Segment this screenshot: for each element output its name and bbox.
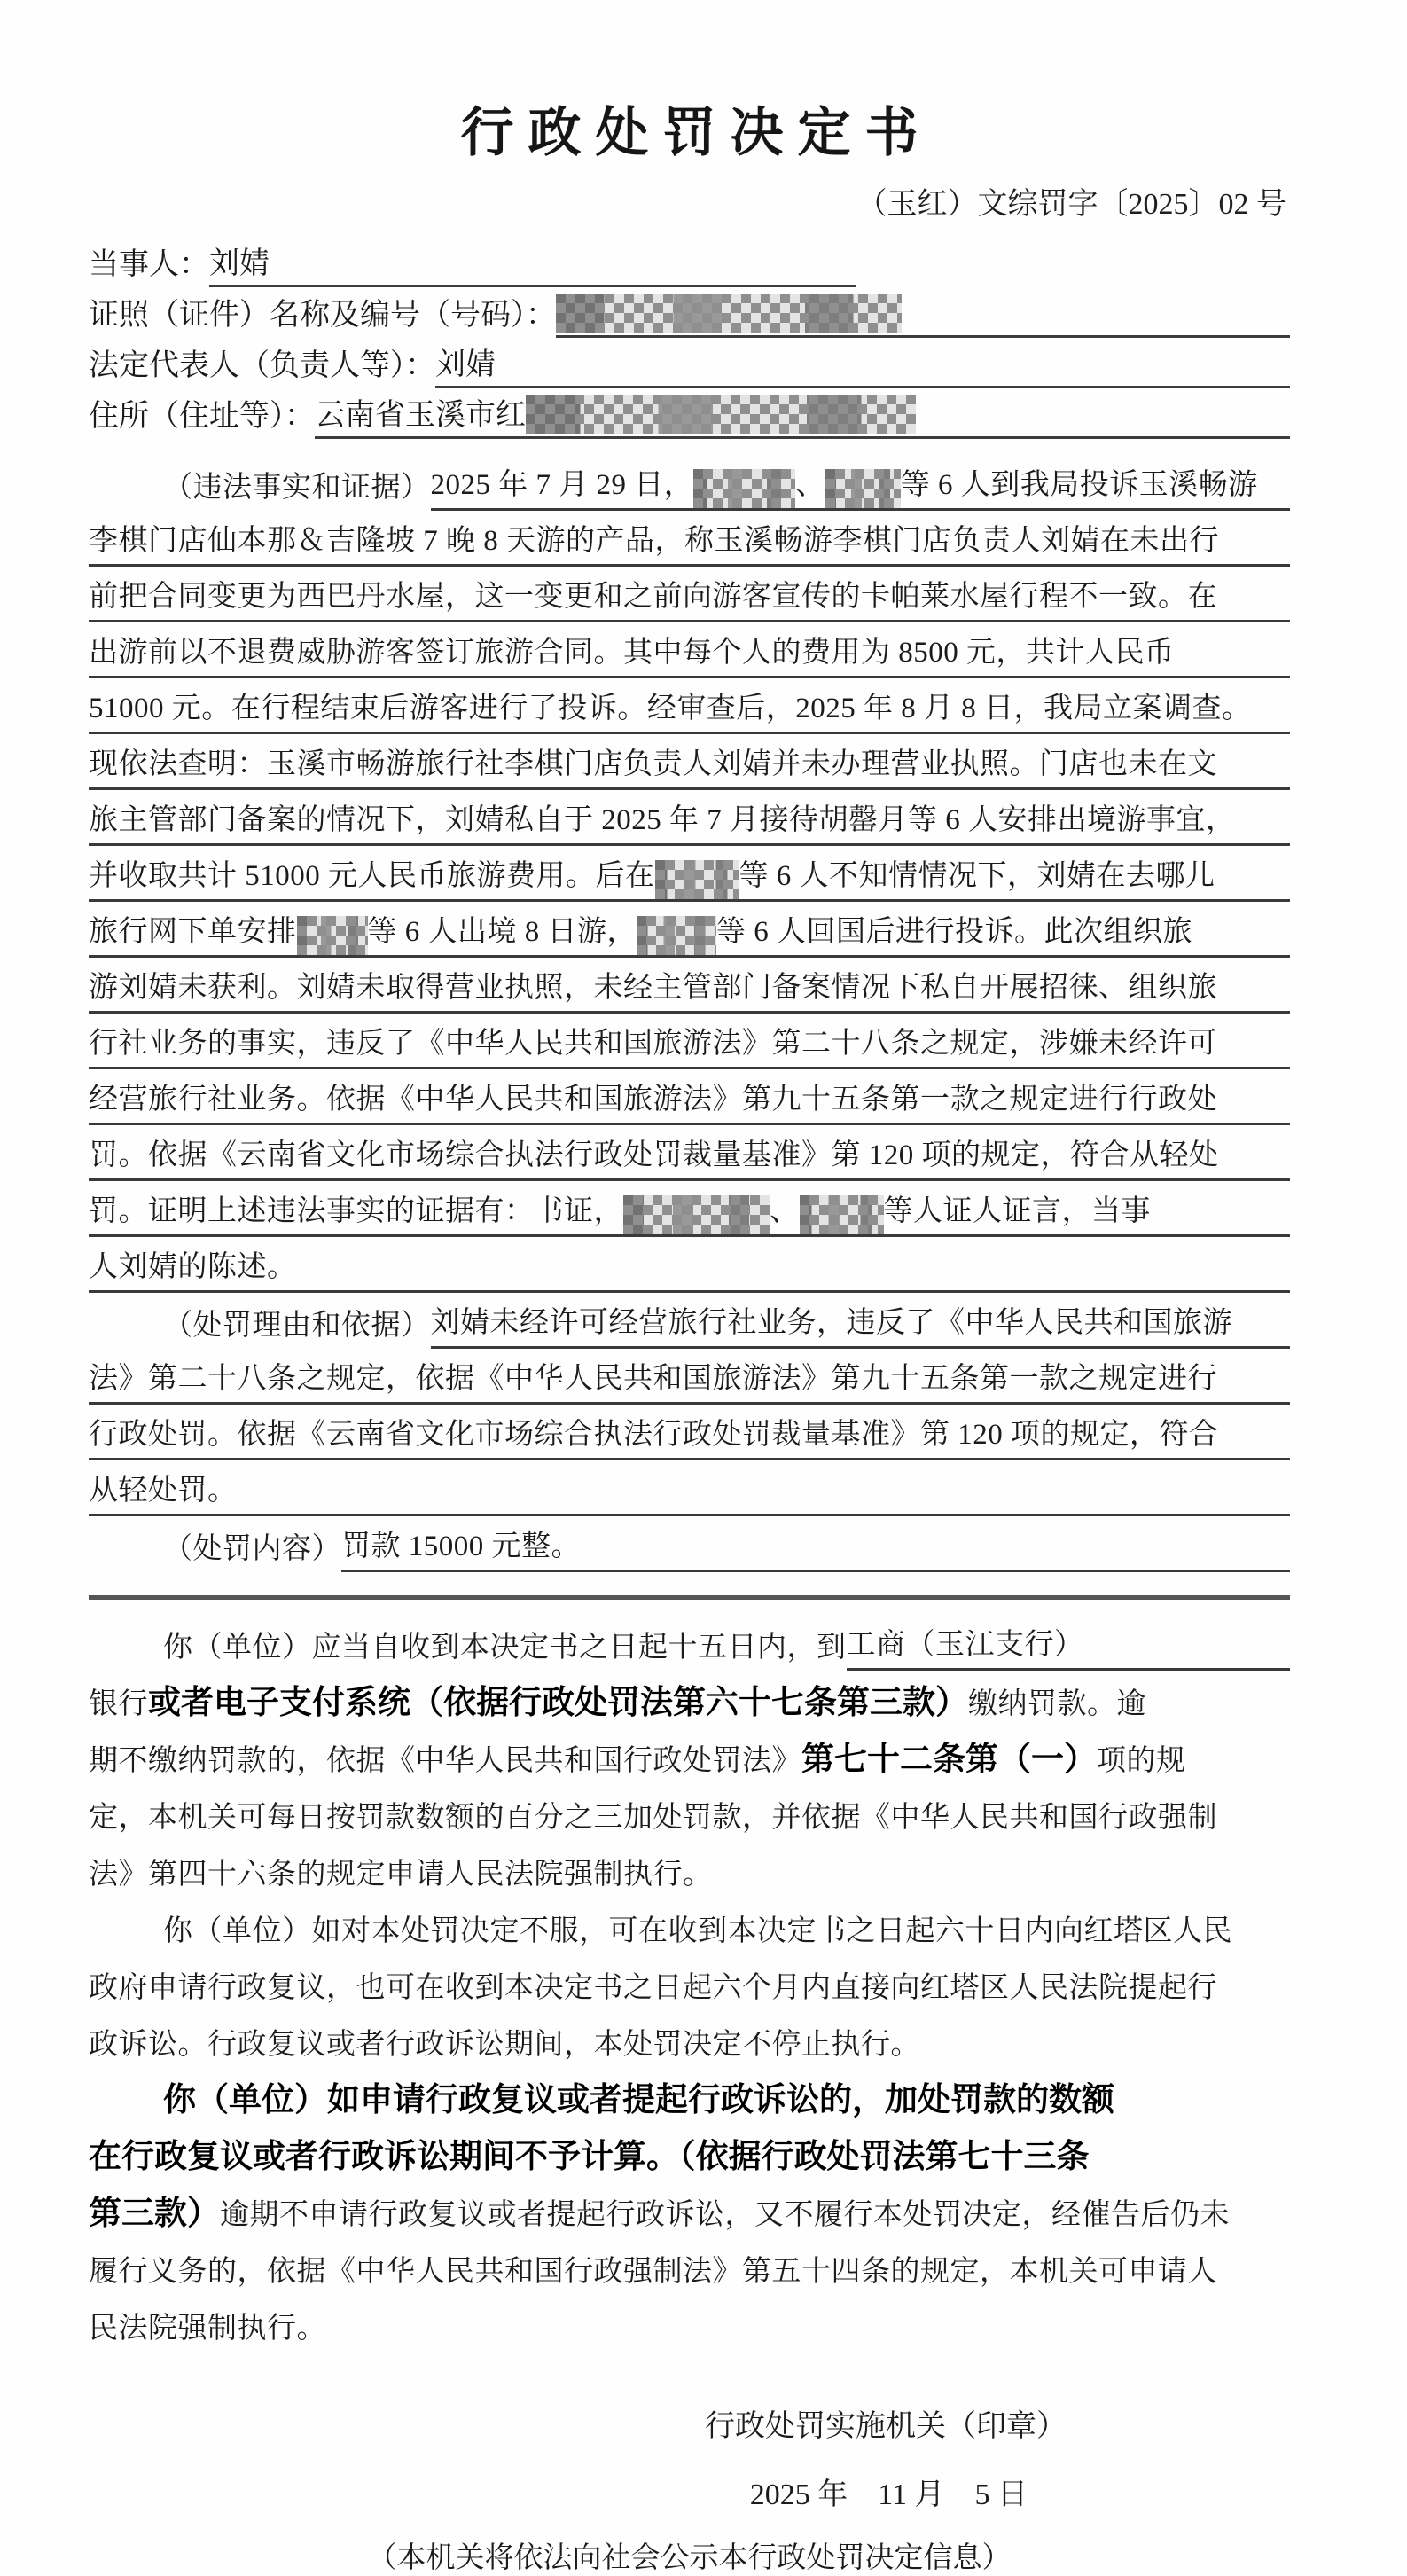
text-line: 旅行网下单安排等 6 人出境 8 日游，等 6 人回国后进行投诉。此次组织旅	[89, 902, 1290, 958]
text-segment: 银行	[89, 1690, 148, 1727]
text-line: 罚。依据《云南省文化市场综合执法行政处罚裁量基准》第 120 项的规定，符合从轻…	[89, 1125, 1290, 1181]
underline-fill	[1084, 1614, 1291, 1671]
text-segment: 罚。证明上述违法事实的证据有：书证，	[89, 1197, 623, 1237]
underline-fill	[1215, 846, 1291, 902]
field-label: 住所（住址等）：	[89, 391, 315, 439]
document-content: 行政处罚决定书 （玉红）文综罚字〔2025〕02 号 当事人：刘婧证照（证件）名…	[0, 90, 1407, 2576]
text-line: 法》第四十六条的规定申请人民法院强制执行。	[89, 1841, 1290, 1898]
field-label: 当事人：	[89, 239, 209, 287]
text-segment: 定，本机关可每日按罚款数额的百分之三加处罚款，并依据《中华人民共和国行政强制	[89, 1804, 1217, 1841]
text-segment: 等 6 人回国后进行投诉。此次组织旅	[716, 918, 1192, 958]
text-segment: 项的规	[1097, 1747, 1186, 1784]
underline-fill	[1217, 567, 1290, 622]
text-segment: 你（单位）应当自收到本决定书之日起十五日内，到	[163, 1633, 847, 1671]
text-line: 旅主管部门备案的情况下，刘婧私自于 2025 年 7 月接待胡罄月等 6 人安排…	[89, 790, 1290, 846]
issuing-authority-line: 行政处罚实施机关（印章）	[89, 2401, 1290, 2445]
form-field-row: 住所（住址等）：云南省玉溪市红	[89, 388, 1290, 439]
indent-spacer	[89, 1898, 163, 1954]
text-segment: （处罚内容）	[163, 1535, 341, 1572]
text-line: 现依法查明：玉溪市畅游旅行社李棋门店负责人刘婧并未办理营业执照。门店也未在文	[89, 734, 1290, 790]
text-line: 你（单位）如申请行政复议或者提起行政诉讼的，加处罚款的数额	[89, 2068, 1290, 2125]
text-segment: 法》第四十六条的规定申请人民法院强制执行。	[89, 1860, 713, 1898]
text-segment: 法》第二十八条之规定，依据《中华人民共和国旅游法》第九十五条第一款之规定进行	[89, 1365, 1217, 1405]
section-divider	[89, 1595, 1290, 1600]
underline-fill	[1258, 455, 1290, 511]
text-line: 51000 元。在行程结束后游客进行了投诉。经审查后，2025 年 8 月 8 …	[89, 678, 1290, 734]
text-segment: 旅主管部门备案的情况下，刘婧私自于 2025 年 7 月接待胡罄月等 6 人安排…	[89, 806, 1236, 846]
text-segment: 现依法查明：玉溪市畅游旅行社李棋门店负责人刘婧并未办理营业执照。门店也未在文	[89, 750, 1217, 790]
text-line: 罚。证明上述违法事实的证据有：书证，、等人证人证言，当事	[89, 1181, 1290, 1237]
redaction-block	[526, 395, 916, 434]
text-line: （处罚内容）罚款 15000 元整。	[89, 1516, 1290, 1572]
document-title: 行政处罚决定书	[89, 90, 1290, 167]
form-field-row: 当事人：刘婧	[89, 237, 1290, 287]
text-line: 你（单位）如对本处罚决定不服，可在收到本决定书之日起六十日内向红塔区人民	[89, 1898, 1290, 1954]
text-line: 行社业务的事实，违反了《中华人民共和国旅游法》第二十八条之规定，涉嫌未经许可	[89, 1014, 1290, 1069]
party-info-fields: 当事人：刘婧证照（证件）名称及编号（号码）：法定代表人（负责人等）：刘婧住所（住…	[89, 237, 1290, 439]
underline-fill	[1217, 1014, 1290, 1069]
text-line: 并收取共计 51000 元人民币旅游费用。后在等 6 人不知情情况下，刘婧在去哪…	[89, 846, 1290, 902]
public-disclosure-note: （本机关将依法向社会公示本行政处罚决定信息）	[89, 2534, 1290, 2576]
text-segment: 你（单位）如对本处罚决定不服，可在收到本决定书之日起六十日内向红塔区人民	[163, 1917, 1232, 1954]
text-segment: 罚。依据《云南省文化市场综合执法行政处罚裁量基准》第 120 项的规定，符合从轻…	[89, 1141, 1219, 1181]
field-value: 刘婧	[435, 340, 496, 383]
underline-fill	[1236, 790, 1291, 846]
bold-text-segment: 在行政复议或者行政诉讼期间不予计算。（依据行政处罚法第七十三条	[89, 2141, 1090, 2181]
text-line: 人刘婧的陈述。	[89, 1237, 1290, 1293]
text-segment: （处罚理由和依据）	[163, 1311, 431, 1349]
redaction-block	[556, 294, 902, 333]
text-segment: 等 6 人出境 8 日游，	[368, 918, 637, 958]
text-segment: 缴纳罚款。逾	[968, 1690, 1146, 1727]
underline-fill	[1232, 1293, 1290, 1349]
text-line: 履行义务的，依据《中华人民共和国行政强制法》第五十四条的规定，本机关可申请人	[89, 2238, 1290, 2295]
text-line: 你（单位）应当自收到本决定书之日起十五日内，到工商（玉江支行）	[89, 1614, 1290, 1671]
text-segment: （违法事实和证据）	[163, 474, 431, 511]
underline-fill	[1175, 622, 1291, 678]
indent-spacer	[89, 1293, 163, 1349]
text-line: 出游前以不退费威胁游客签订旅游合同。其中每个人的费用为 8500 元，共计人民币	[89, 622, 1290, 678]
field-label: 证照（证件）名称及编号（号码）：	[89, 290, 556, 338]
text-segment: 经营旅行社业务。依据《中华人民共和国旅游法》第九十五条第一款之规定进行行政处	[89, 1085, 1217, 1125]
penalty-decision-document: 行政处罚决定书 （玉红）文综罚字〔2025〕02 号 当事人：刘婧证照（证件）名…	[0, 0, 1407, 2576]
text-segment: 、	[795, 471, 825, 511]
underline-fill	[1252, 678, 1291, 734]
indent-spacer	[89, 2068, 163, 2125]
text-segment: 刘婧未经许可经营旅行社业务，违反了《中华人民共和国旅游	[431, 1309, 1233, 1349]
redaction-block	[800, 1195, 884, 1237]
field-underline: 云南省玉溪市红	[315, 390, 1290, 439]
field-label: 法定代表人（负责人等）：	[89, 341, 435, 388]
field-underline: 刘婧	[435, 340, 1290, 388]
field-value: 云南省玉溪市红	[315, 390, 526, 434]
text-segment: 罚款 15000 元整。	[341, 1532, 581, 1572]
redaction-block	[693, 469, 795, 511]
text-segment: 出游前以不退费威胁游客签订旅游合同。其中每个人的费用为 8500 元，共计人民币	[89, 638, 1175, 678]
text-segment: 政诉讼。行政复议或者行政诉讼期间，本处罚决定不停止执行。	[89, 2031, 920, 2068]
redaction-block	[655, 860, 739, 902]
text-line: （处罚理由和依据）刘婧未经许可经营旅行社业务，违反了《中华人民共和国旅游	[89, 1293, 1290, 1349]
text-segment: 等人证人证言，当事	[884, 1197, 1152, 1237]
field-underline	[556, 294, 1290, 338]
underline-fill	[1151, 1181, 1290, 1237]
text-segment: 2025 年 7 月 29 日，	[431, 471, 694, 511]
facts-and-penalty-section: （违法事实和证据）2025 年 7 月 29 日，、等 6 人到我局投诉玉溪畅游…	[89, 455, 1290, 1572]
text-line: 银行或者电子支付系统（依据行政处罚法第六十七条第三款）缴纳罚款。逾	[89, 1671, 1290, 1727]
text-segment: 从轻处罚。	[89, 1476, 238, 1516]
text-line: 在行政复议或者行政诉讼期间不予计算。（依据行政处罚法第七十三条	[89, 2125, 1290, 2181]
text-line: 期不缴纳罚款的，依据《中华人民共和国行政处罚法》第七十二条第（一）项的规	[89, 1727, 1290, 1784]
redaction-block	[297, 916, 368, 958]
text-segment: 李棋门店仙本那＆吉隆坡 7 晚 8 天游的产品，称玉溪畅游李棋门店负责人刘婧在未…	[89, 527, 1219, 567]
underline-fill	[1219, 1405, 1291, 1460]
indent-spacer	[89, 455, 163, 511]
text-line: 前把合同变更为西巴丹水屋，这一变更和之前向游客宣传的卡帕莱水屋行程不一致。在	[89, 567, 1290, 622]
payment-and-rights-section: 你（单位）应当自收到本决定书之日起十五日内，到工商（玉江支行）银行或者电子支付系…	[89, 1614, 1290, 2352]
text-segment: 等 6 人到我局投诉玉溪畅游	[901, 471, 1258, 511]
underline-fill	[1217, 958, 1290, 1014]
form-field-row: 证照（证件）名称及编号（号码）：	[89, 287, 1290, 338]
redaction-block	[623, 1195, 770, 1237]
document-number: （玉红）文综罚字〔2025〕02 号	[89, 179, 1290, 223]
field-underline: 刘婧	[209, 239, 856, 287]
text-segment: 等 6 人不知情情况下，刘婧在去哪儿	[739, 862, 1215, 902]
underline-fill	[297, 1237, 1291, 1293]
underline-fill	[1219, 1125, 1291, 1181]
text-line: 经营旅行社业务。依据《中华人民共和国旅游法》第九十五条第一款之规定进行行政处	[89, 1069, 1290, 1125]
underline-fill	[1192, 902, 1290, 958]
underline-fill	[1217, 734, 1290, 790]
decision-date: 2025 年 11 月 5 日	[89, 2470, 1290, 2513]
form-field-row: 法定代表人（负责人等）：刘婧	[89, 338, 1290, 388]
text-segment: 并收取共计 51000 元人民币旅游费用。后在	[89, 862, 655, 902]
text-line: 政府申请行政复议，也可在收到本决定书之日起六个月内直接向红塔区人民法院提起行	[89, 1954, 1290, 2011]
text-segment: 人刘婧的陈述。	[89, 1253, 297, 1293]
text-segment: 前把合同变更为西巴丹水屋，这一变更和之前向游客宣传的卡帕莱水屋行程不一致。在	[89, 583, 1217, 622]
text-line: 第三款）逾期不申请行政复议或者提起行政诉讼，又不履行本处罚决定，经催告后仍未	[89, 2181, 1290, 2238]
text-line: 游刘婧未获利。刘婧未取得营业执照，未经主管部门备案情况下私自开展招徕、组织旅	[89, 958, 1290, 1014]
underline-fill	[1219, 511, 1290, 567]
bold-text-segment: 第七十二条第（一）	[801, 1743, 1097, 1784]
text-segment: 期不缴纳罚款的，依据《中华人民共和国行政处罚法》	[89, 1747, 801, 1784]
redaction-block	[825, 469, 901, 511]
redaction-block	[637, 916, 716, 958]
text-segment: 行社业务的事实，违反了《中华人民共和国旅游法》第二十八条之规定，涉嫌未经许可	[89, 1030, 1217, 1069]
field-value: 刘婧	[209, 239, 270, 282]
bold-text-segment: 第三款）	[89, 2197, 220, 2238]
text-segment: 工商（玉江支行）	[847, 1631, 1084, 1671]
text-segment: 51000 元。在行程结束后游客进行了投诉。经审查后，2025 年 8 月 8 …	[89, 694, 1252, 734]
text-segment: 行政处罚。依据《云南省文化市场综合执法行政处罚裁量基准》第 120 项的规定，符…	[89, 1421, 1219, 1460]
text-line: 法》第二十八条之规定，依据《中华人民共和国旅游法》第九十五条第一款之规定进行	[89, 1349, 1290, 1405]
text-line: 行政处罚。依据《云南省文化市场综合执法行政处罚裁量基准》第 120 项的规定，符…	[89, 1405, 1290, 1460]
text-segment: 逾期不申请行政复议或者提起行政诉讼，又不履行本处罚决定，经催告后仍未	[220, 2201, 1230, 2238]
underline-fill	[1217, 1069, 1290, 1125]
text-line: 李棋门店仙本那＆吉隆坡 7 晚 8 天游的产品，称玉溪畅游李棋门店负责人刘婧在未…	[89, 511, 1290, 567]
bold-text-segment: 你（单位）如申请行政复议或者提起行政诉讼的，加处罚款的数额	[163, 2084, 1114, 2125]
text-segment: 、	[770, 1197, 800, 1237]
text-segment: 民法院强制执行。	[89, 2314, 326, 2352]
text-line: 民法院强制执行。	[89, 2295, 1290, 2352]
text-line: 定，本机关可每日按罚款数额的百分之三加处罚款，并依据《中华人民共和国行政强制	[89, 1784, 1290, 1841]
text-segment: 游刘婧未获利。刘婧未取得营业执照，未经主管部门备案情况下私自开展招徕、组织旅	[89, 974, 1217, 1014]
underline-fill	[1217, 1349, 1290, 1405]
underline-fill	[581, 1516, 1290, 1572]
text-line: 从轻处罚。	[89, 1460, 1290, 1516]
indent-spacer	[89, 1614, 163, 1671]
text-segment: 政府申请行政复议，也可在收到本决定书之日起六个月内直接向红塔区人民法院提起行	[89, 1974, 1217, 2011]
bold-text-segment: 或者电子支付系统（依据行政处罚法第六十七条第三款）	[148, 1687, 968, 1727]
underline-fill	[238, 1460, 1291, 1516]
text-line: 政诉讼。行政复议或者行政诉讼期间，本处罚决定不停止执行。	[89, 2011, 1290, 2068]
text-segment: 履行义务的，依据《中华人民共和国行政强制法》第五十四条的规定，本机关可申请人	[89, 2258, 1217, 2295]
text-segment: 旅行网下单安排	[89, 918, 297, 958]
indent-spacer	[89, 1516, 163, 1572]
text-line: （违法事实和证据）2025 年 7 月 29 日，、等 6 人到我局投诉玉溪畅游	[89, 455, 1290, 511]
